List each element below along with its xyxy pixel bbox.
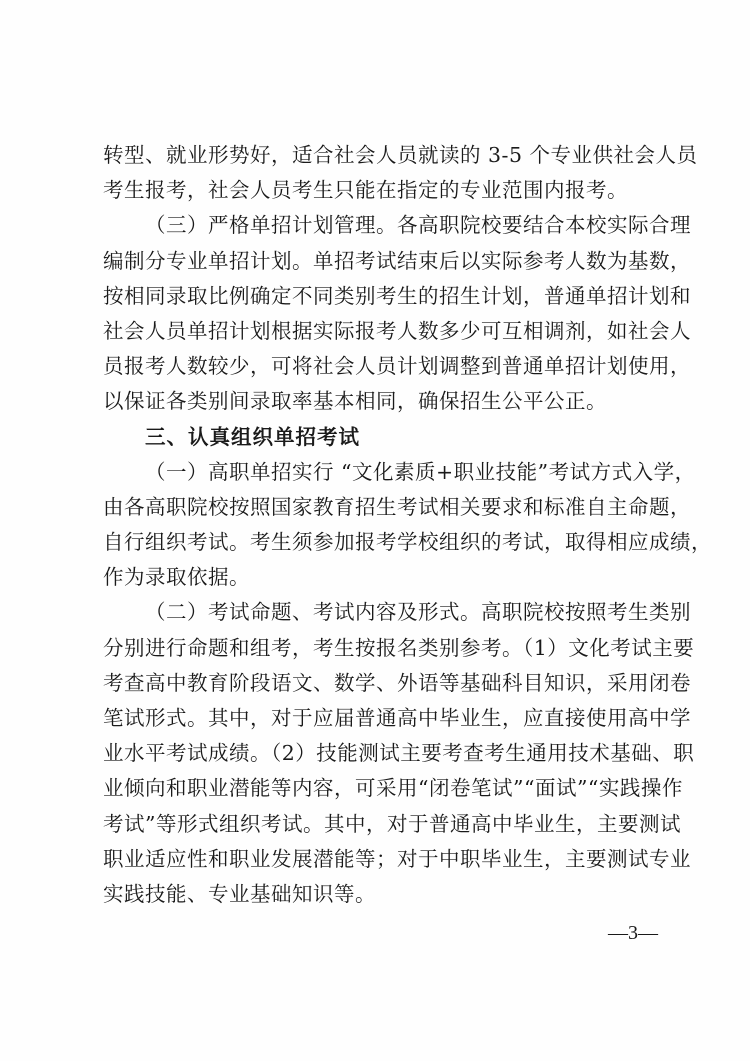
paragraph-line: 按相同录取比例确定不同类别考生的招生计划，普通单招计划和 <box>103 279 655 314</box>
paragraph-line: 考查高中教育阶段语文、数学、外语等基础科目知识，采用闭卷 <box>103 666 655 701</box>
paragraph-line: （一）高职单招实行 “文化素质+职业技能”考试方式入学， <box>103 455 655 490</box>
paragraph-line: 业倾向和职业潜能等内容，可采用“闭卷笔试”“面试”“实践操作 <box>103 771 655 806</box>
page-number: —3— <box>608 922 658 945</box>
paragraph-line: 编制分专业单招计划。单招考试结束后以实际参考人数为基数， <box>103 244 655 279</box>
paragraph-line: 考试”等形式组织考试。其中，对于普通高中毕业生，主要测试 <box>103 807 655 842</box>
paragraph-line: 员报考人数较少，可将社会人员计划调整到普通单招计划使用， <box>103 349 655 384</box>
paragraph-line: 职业适应性和职业发展潜能等；对于中职毕业生，主要测试专业 <box>103 842 655 877</box>
document-body: 转型、就业形势好，适合社会人员就读的 3-5 个专业供社会人员 考生报考，社会人… <box>103 138 655 912</box>
paragraph-line: （三）严格单招计划管理。各高职院校要结合本校实际合理 <box>103 208 655 243</box>
paragraph-line: 实践技能、专业基础知识等。 <box>103 877 655 912</box>
paragraph-line: 以保证各类别间录取率基本相同，确保招生公平公正。 <box>103 384 655 419</box>
paragraph-line: 考生报考，社会人员考生只能在指定的专业范围内报考。 <box>103 173 655 208</box>
paragraph-line: 转型、就业形势好，适合社会人员就读的 3-5 个专业供社会人员 <box>103 138 655 173</box>
paragraph-line: 笔试形式。其中，对于应届普通高中毕业生，应直接使用高中学 <box>103 701 655 736</box>
section-heading: 三、认真组织单招考试 <box>103 420 655 455</box>
paragraph-line: 分别进行命题和组考，考生按报名类别参考。（1）文化考试主要 <box>103 631 655 666</box>
paragraph-line: （二）考试命题、考试内容及形式。高职院校按照考生类别 <box>103 595 655 630</box>
document-page: 转型、就业形势好，适合社会人员就读的 3-5 个专业供社会人员 考生报考，社会人… <box>0 0 750 1061</box>
paragraph-line: 由各高职院校按照国家教育招生考试相关要求和标准自主命题， <box>103 490 655 525</box>
paragraph-line: 社会人员单招计划根据实际报考人数多少可互相调剂，如社会人 <box>103 314 655 349</box>
paragraph-line: 业水平考试成绩。（2）技能测试主要考查考生通用技术基础、职 <box>103 736 655 771</box>
paragraph-line: 作为录取依据。 <box>103 560 655 595</box>
paragraph-line: 自行组织考试。考生须参加报考学校组织的考试，取得相应成绩， <box>103 525 655 560</box>
